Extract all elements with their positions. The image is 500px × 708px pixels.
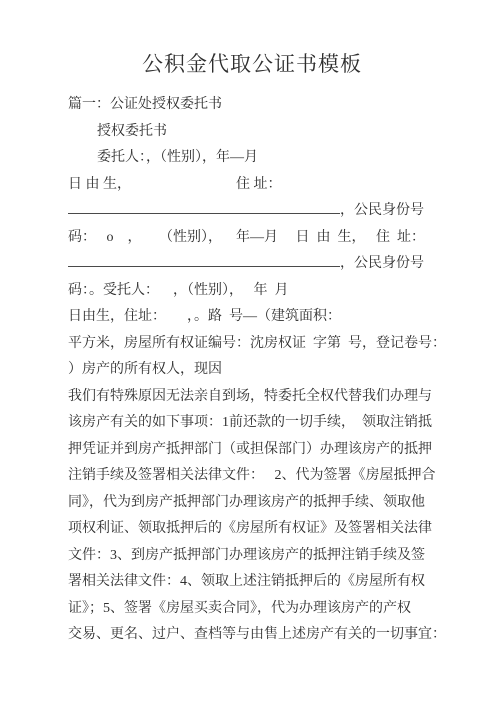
doc-line: 交易、更名、过户、查档等与由售上述房产有关的一切事宜： — [68, 622, 444, 649]
doc-line: 委托人：，（性别），年—月 — [68, 145, 444, 172]
doc-line: 日由生，住址： ，。路 号—（建筑面积： — [68, 304, 444, 331]
doc-line: 押凭证并到房产抵押部门（或担保部门）办理该房产的抵押 — [68, 437, 444, 464]
doc-line: 证》；5、签署《房屋买卖合同》，代为办理该房产的产权 — [68, 596, 444, 623]
doc-line: 该房产有关的如下事项：1前还款的一切手续， 领取注销抵 — [68, 410, 444, 437]
document-page: 公积金代取公证书模板 篇一：公证处授权委托书授权委托书委托人：，（性别），年—月… — [0, 0, 500, 708]
doc-line: ，公民身份号 — [68, 251, 444, 278]
doc-line: 项权利证、领取抵押后的《房屋所有权证》及签署相关法律 — [68, 516, 444, 543]
doc-line: 篇一：公证处授权委托书 — [68, 92, 444, 119]
doc-line: 同》，代为到房产抵押部门办理该房产的抵押手续、领取他 — [68, 490, 444, 517]
doc-line: ，公民身份号 — [68, 198, 444, 225]
doc-line: 署相关法律文件：4、领取上述注销抵押后的《房屋所有权 — [68, 569, 444, 596]
doc-line: 码：。受托人： ，（性别）， 年 月 — [68, 278, 444, 305]
doc-line: ）房产的所有权人，现因 — [68, 357, 444, 384]
document-title: 公积金代取公证书模板 — [68, 48, 436, 80]
doc-line: 日 由 生， 住 址： — [68, 172, 444, 199]
fill-in-blank-line — [68, 201, 340, 214]
doc-line: 授权委托书 — [68, 119, 444, 146]
doc-line: 码： o ， （性别）， 年—月 日 由 生， 住 址： — [68, 225, 444, 252]
doc-line-text: ，公民身份号 — [340, 256, 424, 271]
doc-line: 我们有特殊原因无法亲自到场，特委托全权代替我们办理与 — [68, 384, 444, 411]
doc-line: 文件：3、到房产抵押部门办理该房产的抵押注销手续及签 — [68, 543, 444, 570]
doc-line: 注销手续及签署相关法律文件： 2、代为签署《房屋抵押合 — [68, 463, 444, 490]
doc-line: 平方米，房屋所有权证编号：沈房权证 字第 号，登记卷号： — [68, 331, 444, 358]
document-body: 篇一：公证处授权委托书授权委托书委托人：，（性别），年—月日 由 生， 住 址：… — [68, 92, 444, 649]
doc-line-text: ，公民身份号 — [340, 203, 424, 218]
fill-in-blank-line — [68, 254, 340, 267]
